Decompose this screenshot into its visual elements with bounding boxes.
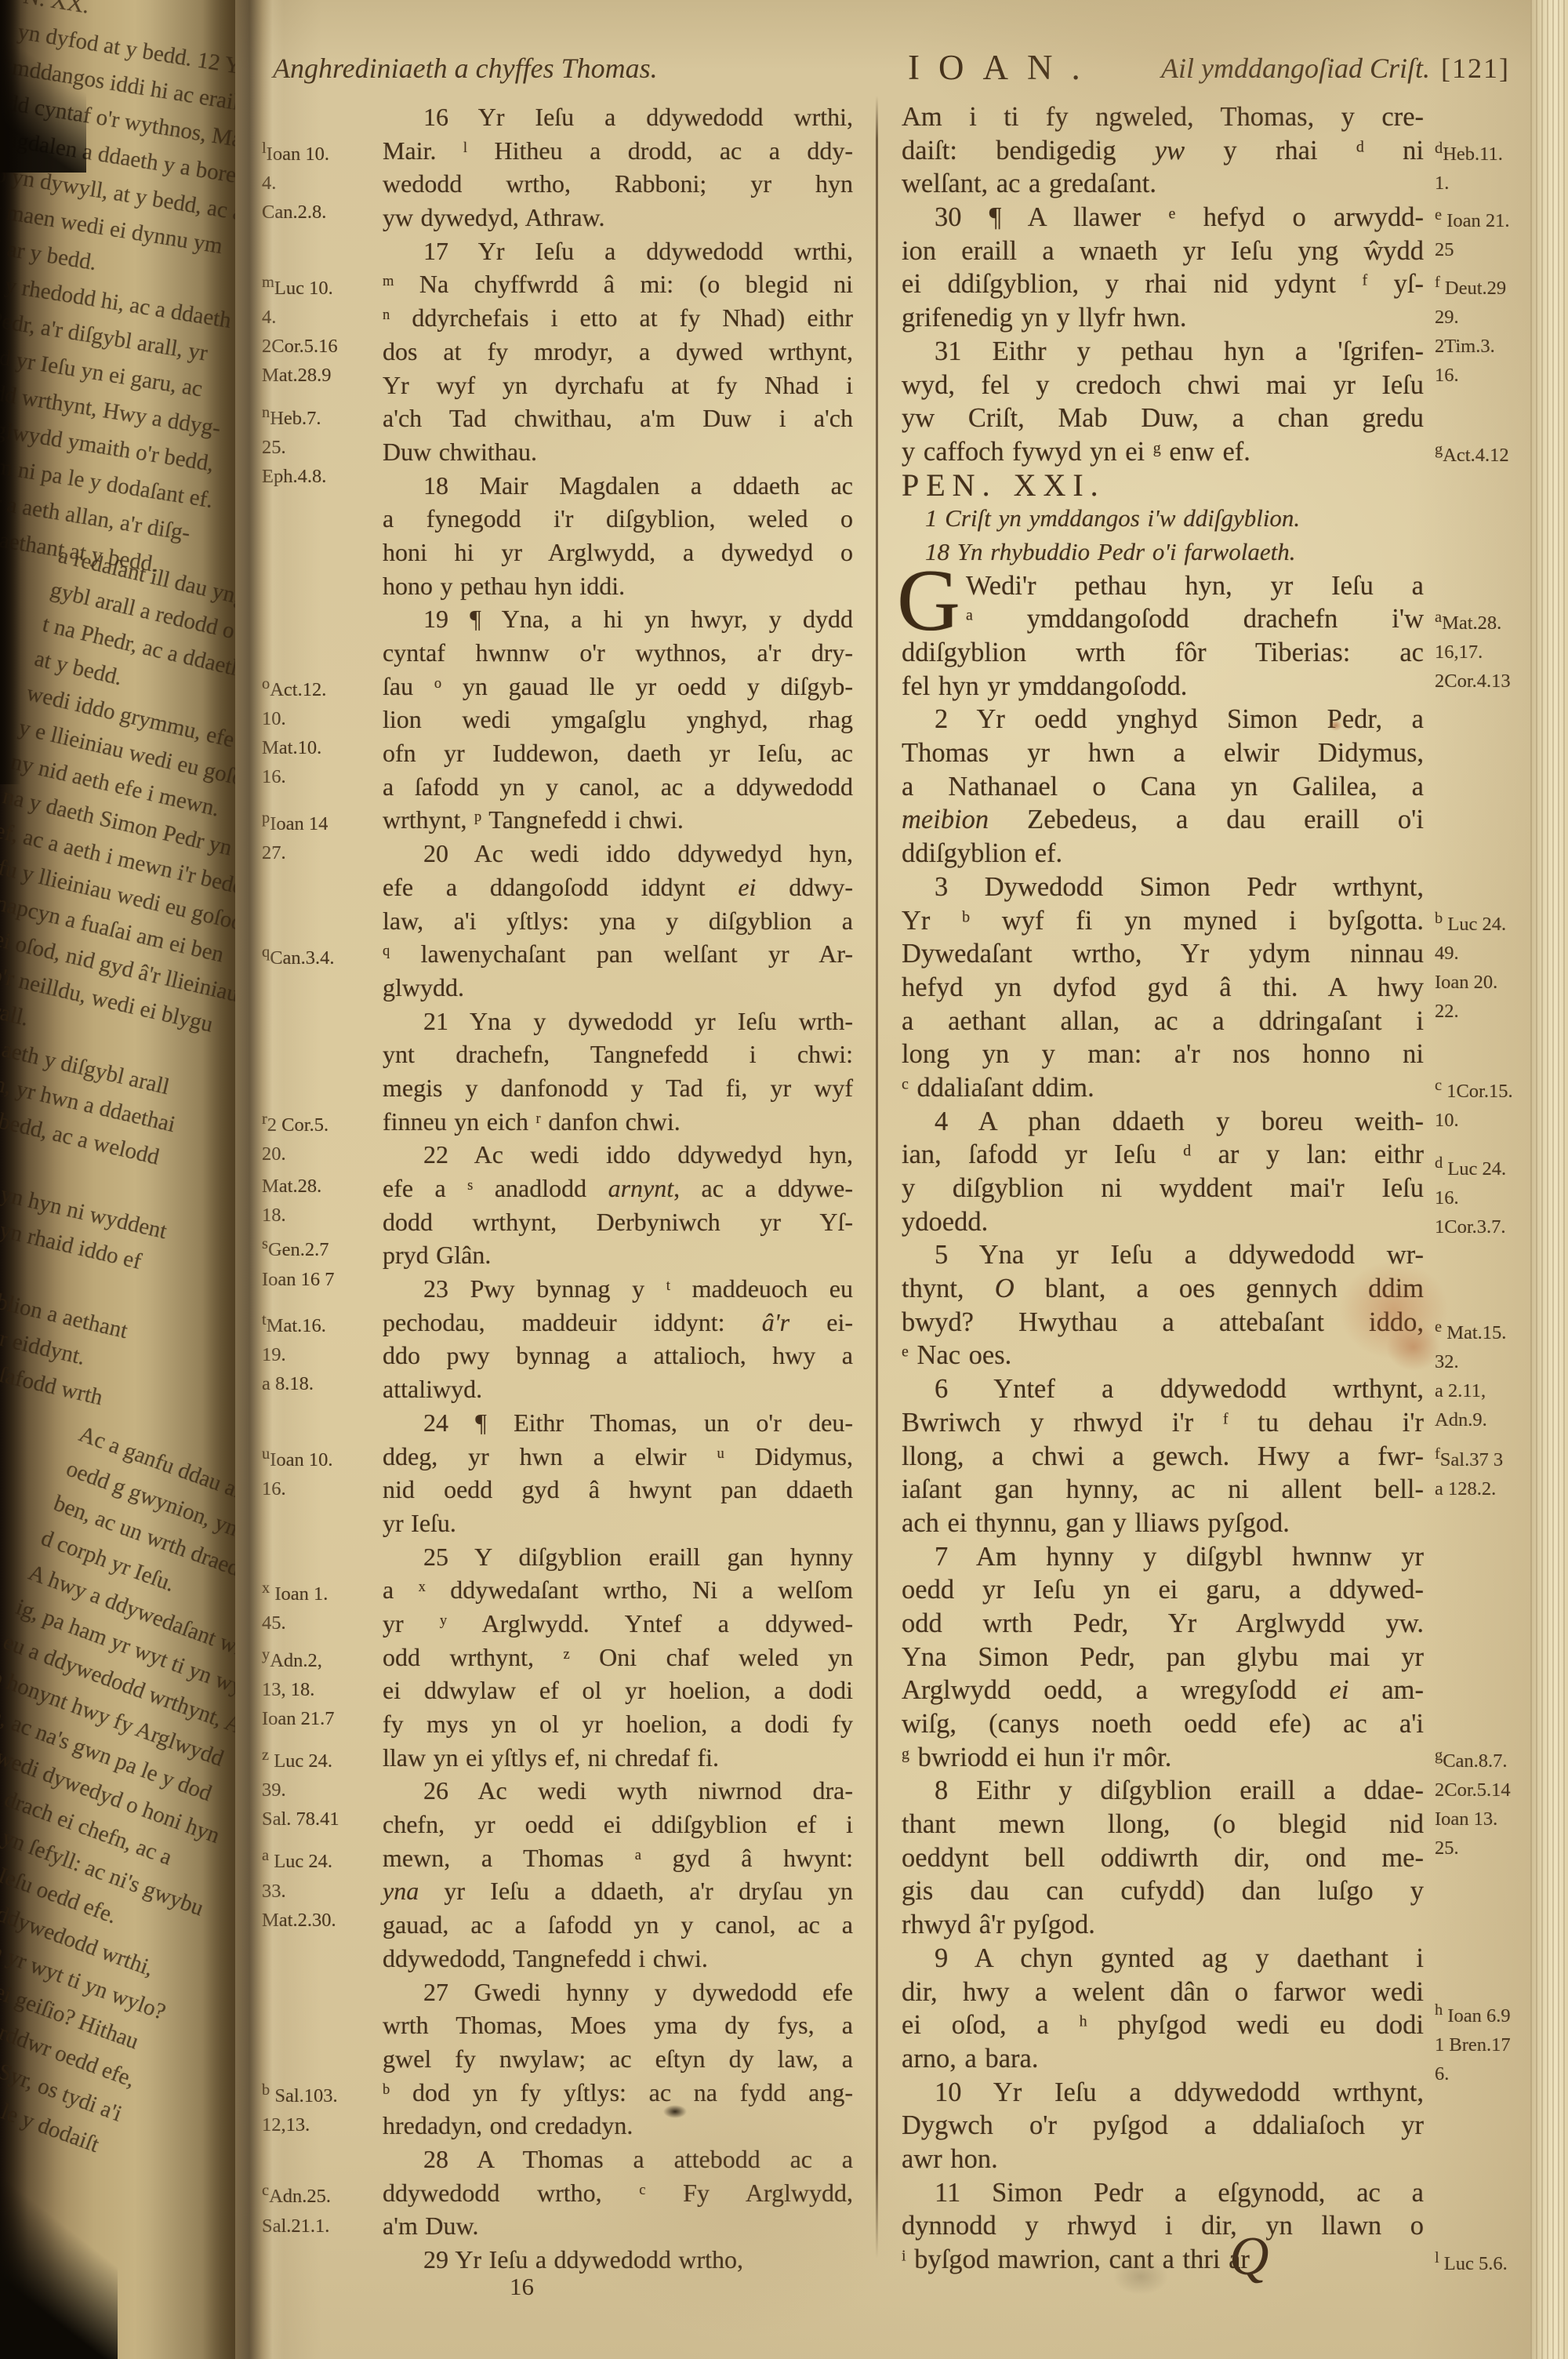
text-line: 10 Yr Ieſu a ddywedodd wrthynt, [902,2076,1424,2110]
margin-note-line: a Luc 24. [262,1841,381,1876]
margin-note-line: 4. [262,303,381,332]
text-line: y diſgyblion ni wyddent mai'r Ieſu [902,1172,1424,1205]
text-line: iaſant gan hynny, ac ni allent bell- [902,1473,1424,1507]
margin-note-line: 45. [262,1608,381,1637]
text-line: 2 Yr oedd ynghyd Simon Pedr, a [902,703,1424,736]
text-line: 20 Ac wedi iddo ddywedyd hyn, [383,837,853,871]
margin-note-line: Eph.4.8. [262,462,381,491]
margin-note: c 1Cor.15.10. [1435,1071,1563,1135]
text-line: Am i ti fy ngweled, Thomas, y cre- [902,100,1424,134]
margin-note-line: l Luc 5.6. [1435,2244,1563,2278]
margin-note: cAdn.25.Sal.21.1. [262,2176,381,2240]
margin-note-line: sGen.2.7 [262,1230,381,1264]
header-left-title: Anghrediniaeth a chyffes Thomas. [273,52,658,85]
margin-note-line: f Deut.29 [1435,268,1563,303]
text-line: a'm Duw. [383,2209,853,2243]
margin-note-line: c 1Cor.15. [1435,1071,1563,1106]
text-line: gwel fy nwylaw; ac eſtyn dy law, a [383,2042,853,2076]
text-line: 1 Criſt yn ymddangos i'w ddiſgyblion. [902,502,1424,536]
text-line: wyd, fel y credoch chwi mai yr Ieſu [902,369,1424,402]
text-line: fy mys yn ol yr hoelion, a dodi fy [383,1707,853,1741]
text-line: Dywedaſant wrtho, Yr ydym ninnau [902,937,1424,971]
margin-note-line: 2Cor.5.16 [262,332,381,361]
text-line: a Nathanael o Cana yn Galilea, a [902,770,1424,804]
text-line: Duw chwithau. [383,435,853,469]
text-line: a ſafodd yn y canol, ac a ddywedodd [383,770,853,804]
margin-note-line: r2 Cor.5. [262,1105,381,1140]
drop-cap: G [897,563,960,638]
margin-note-line: b Sal.103. [262,2076,381,2110]
margin-note-line: a 2.11, [1435,1376,1563,1405]
margin-note-line: Can.2.8. [262,198,381,227]
text-line: ydoedd. [902,1205,1424,1239]
text-line: ddywedodd wrtho, c Fy Arglwydd, [383,2176,853,2210]
margin-note: x Ioan 1.45. [262,1574,381,1637]
margin-note-line: Mat.28. [262,1172,381,1201]
text-line: 17 Yr Ieſu a ddywedodd wrthi, [383,234,853,268]
margin-note-line: gCan.8.7. [1435,1741,1563,1776]
text-line: 22 Ac wedi iddo ddywedyd hyn, [383,1138,853,1172]
text-line: dos at fy mrodyr, a dywed wrthynt, [383,335,853,369]
text-line: 25 Y diſgyblion eraill gan hynny [383,1540,853,1574]
margin-note-line: e Mat.15. [1435,1313,1563,1347]
margin-note-line: 18. [262,1201,381,1230]
margin-note-line: e Ioan 21. [1435,201,1563,235]
text-line: Yna Simon Pedr, pan glybu mai yr [902,1641,1424,1674]
text-line: yw dywedyd, Athraw. [383,201,853,234]
margin-note: e Ioan 21.25 [1435,201,1563,264]
margin-note: qCan.3.4. [262,938,381,972]
text-line: yr Ieſu. [383,1507,853,1540]
margin-note: pIoan 1427. [262,804,381,867]
margin-note-line: 25. [1435,1834,1563,1863]
text-line: wrthynt, p Tangnefedd i chwi. [383,803,853,837]
text-line: attaliwyd. [383,1372,853,1406]
running-header: Anghrediniaeth a chyffes Thomas. IOAN. A… [235,45,1568,100]
text-line: 5 Yna yr Ieſu a ddywedodd wr- [902,1238,1424,1272]
margin-note: tMat.16.19.a 8.18. [262,1306,381,1398]
text-line: long yn y man: a'r nos honno ni [902,1038,1424,1071]
text-line: 6 Yntef a ddywedodd wrthynt, [902,1372,1424,1406]
header-right-text: Ail ymddangoſiad Criſt. [1161,53,1430,84]
text-line: Yr wyf yn dyrchafu at fy Nhad i [383,369,853,402]
margin-note-line: qCan.3.4. [262,938,381,972]
margin-note-line: Adn.9. [1435,1405,1563,1434]
text-line: 31 Eithr y pethau hyn a 'ſgrifen- [902,335,1424,369]
text-line: daiſt: bendigedig yw y rhai d ni [902,134,1424,168]
margin-note-line: yAdn.2, [262,1641,381,1675]
text-line: dodd wrthynt, Derbyniwch yr Yſ- [383,1205,853,1239]
text-line: llong, a chwi a gewch. Hwy a fwr- [902,1440,1424,1474]
text-line: welſant, ac a gredaſant. [902,167,1424,201]
text-line: yna yr Ieſu a ddaeth, a'r dryſau yn [383,1874,853,1908]
text-line: Arglwydd oedd, a wregyſodd ei am- [902,1674,1424,1707]
text-line: 21 Yna y dywedodd yr Ieſu wrth- [383,1005,853,1038]
text-line: 11 Simon Pedr a eſgynodd, ac a [902,2176,1424,2210]
text-line: a'ch Tad chwithau, a'm Duw i a'ch [383,402,853,435]
text-line: Thomas yr hwn a elwir Didymus, [902,736,1424,770]
text-line: 19 ¶ Yna, a hi yn hwyr, y dydd [383,602,853,636]
text-line: wiſg, (canys noeth oedd efe) ac a'i [902,1707,1424,1741]
margin-note-line: 39. [262,1776,381,1805]
margin-note-line: 25. [262,433,381,462]
margin-note-line: 16. [262,762,381,791]
margin-note: gCan.8.7.2Cor.5.14Ioan 13.25. [1435,1741,1563,1863]
text-line: cyntaf hwnnw o'r wythnos, a'r dry- [383,636,853,670]
text-line: y caffoch fywyd yn ei g enw ef. [902,435,1424,469]
margin-note: uIoan 10.16. [262,1440,381,1503]
margin-note-line: 4. [262,169,381,198]
margin-note: e Mat.15.32.a 2.11,Adn.9. [1435,1313,1563,1434]
text-line: grifenedig yn y llyfr hwn. [902,301,1424,335]
margin-note-line: Ioan 21.7 [262,1704,381,1733]
text-line: efe a s anadlodd arnynt, ac a ddywe- [383,1172,853,1205]
text-line: gis dau can cufydd) dan luſgo y [902,1874,1424,1908]
margin-note-line: aMat.28. [1435,603,1563,638]
margin-note: a Luc 24.33.Mat.2.30. [262,1841,381,1934]
text-line: 30 ¶ A llawer e hefyd o arwydd- [902,201,1424,234]
margin-note-line: lIoan 10. [262,134,381,169]
margin-note: d Luc 24.16.1Cor.3.7. [1435,1149,1563,1241]
text-line: 9 A chyn gynted ag y daethant i [902,1942,1424,1976]
text-line: 3 Dywedodd Simon Pedr wrthynt, [902,871,1424,904]
text-line: Dygwch o'r pyſgod a ddaliaſoch yr [902,2109,1424,2143]
text-line: megis y danfonodd y Tad fi, yr wyf [383,1071,853,1105]
margin-note-line: x Ioan 1. [262,1574,381,1608]
text-line: dir, hwy a welent dân o farwor wedi [902,1976,1424,2009]
margin-note-line: 2Tim.3. [1435,332,1563,361]
margin-note-line: 20. [262,1140,381,1169]
text-line: finneu yn eich r danfon chwi. [383,1105,853,1139]
text-line: hono y pethau hyn iddi. [383,569,853,603]
margin-note-line: cAdn.25. [262,2176,381,2211]
margin-note-line: Mat.2.30. [262,1906,381,1935]
margin-note: mLuc 10.4.2Cor.5.16Mat.28.9 [262,268,381,390]
margin-note-line: Sal.21.1. [262,2212,381,2241]
text-line: efe a ddangoſodd iddynt ei ddwy- [383,871,853,904]
page-curl-shadow [0,0,259,2359]
text-line: Wedi'r pethau hyn, yr Ieſu a [902,569,1424,603]
text-line: awr hon. [902,2143,1424,2176]
bible-page-121: Anghrediniaeth a chyffes Thomas. IOAN. A… [235,0,1568,2359]
margin-note-line: 27. [262,838,381,867]
margin-note: dHeb.11.1. [1435,134,1563,198]
margin-note-line: 1 Bren.17 [1435,2030,1563,2059]
margin-note-line: Mat.28.9 [262,361,381,390]
margin-note: gAct.4.12 [1435,435,1563,470]
margin-note: yAdn.2,13, 18.Ioan 21.7 [262,1641,381,1733]
text-line: b dod yn fy yſtlys: ac na fydd ang- [383,2076,853,2110]
margin-note-line: pIoan 14 [262,804,381,838]
text-line: ddywedodd, Tangnefedd i chwi. [383,1942,853,1976]
margin-note-line: 19. [262,1340,381,1369]
text-line: ion eraill a wnaeth yr Ieſu yng ŵydd [902,234,1424,268]
margin-note-line: gAct.4.12 [1435,435,1563,470]
margin-note: oAct.12.10.Mat.10.16. [262,670,381,791]
text-line: a x ddywedaſant wrtho, Ni a welſom [383,1573,853,1607]
text-line: thynt, O blant, a oes gennych ddim [902,1272,1424,1306]
margin-note-line: 13, 18. [262,1675,381,1704]
column-rule [876,96,878,2259]
text-line: law, a'i yſtlys: yna y diſgyblion a [383,904,853,938]
margin-note: b Luc 24.49.Ioan 20.22. [1435,904,1563,1026]
margin-note-line: 16. [262,1474,381,1503]
margin-note-line: mLuc 10. [262,268,381,303]
text-line: 8 Eithr y diſgyblion eraill a ddae- [902,1774,1424,1808]
text-line: 18 Mair Magdalen a ddaeth ac [383,469,853,503]
text-line: 18 Yn rhybuddio Pedr o'i farwolaeth. [902,536,1424,569]
text-line: ddeg, yr hwn a elwir u Didymus, [383,1440,853,1474]
text-line: dynnodd y rhwyd i dir, yn llawn o [902,2209,1424,2243]
margin-note-line: Sal. 78.41 [262,1805,381,1834]
text-line: Mair. l Hitheu a drodd, ac a ddy- [383,134,853,168]
header-book-title: IOAN. [908,47,1099,88]
margin-note-line: z Luc 24. [262,1741,381,1776]
text-line: glwydd. [383,971,853,1005]
margin-note-line: 2Cor.4.13 [1435,667,1563,696]
text-line: arno, a bara. [902,2042,1424,2076]
text-line: e Nac oes. [902,1339,1424,1372]
margin-note: fSal.37 3a 128.2. [1435,1440,1563,1503]
margin-note-line: 33. [262,1877,381,1906]
text-line: a fynegodd i'r diſgyblion, weled o [383,502,853,536]
margin-note-line: 25 [1435,235,1563,264]
catchword-signature: Q [1229,2226,1269,2288]
text-line: llaw yn ei yſtlys ef, ni chredaf fi. [383,1741,853,1775]
margin-note-line: Mat.10. [262,733,381,762]
text-line: nid oedd gyd â hwynt pan ddaeth [383,1473,853,1507]
margin-note-line: 16. [1435,1183,1563,1212]
text-line: ei ddwylaw ef ol yr hoelion, a dodi [383,1674,853,1707]
margin-note-line: oAct.12. [262,670,381,704]
margin-note: h Ioan 6.91 Bren.176. [1435,1996,1563,2088]
margin-note-line: 29. [1435,303,1563,332]
text-line: ian, ſafodd yr Ieſu d ar y lan: eithr [902,1138,1424,1172]
text-line: ddo pwy bynnag a attalioch, hwy a [383,1339,853,1372]
text-line: ei oſod, a h phyſgod wedi eu dodi [902,2008,1424,2042]
text-line: pryd Glân. [383,1238,853,1272]
text-line: Yr b wyf fi yn myned i byſgotta. [902,904,1424,938]
text-line: lion wedi ymgaſglu ynghyd, rhag [383,703,853,736]
text-line: thant mewn llong, (o blegid nid [902,1808,1424,1841]
margin-note: aMat.28.16,17.2Cor.4.13 [1435,603,1563,696]
margin-note-line: 6. [1435,2059,1563,2088]
margin-note-line: 16. [1435,361,1563,390]
margin-note: nHeb.7.25.Eph.4.8. [262,398,381,491]
margin-note-line: 1. [1435,169,1563,198]
text-line: ddiſgyblion ef. [902,837,1424,871]
margin-note-line: fSal.37 3 [1435,1440,1563,1474]
margin-note-line: 49. [1435,939,1563,968]
margin-note-line: 16,17. [1435,638,1563,667]
text-line: 27 Gwedi hynny y dywedodd efe [383,1976,853,2009]
text-line: q lawenychaſant pan welſant yr Ar- [383,937,853,971]
left-text-column: 16 Yr Ieſu a ddywedodd wrthi,Mair. l Hit… [383,100,853,2277]
text-line: rhwyd â'r pyſgod. [902,1908,1424,1942]
margin-note-line: 10. [1435,1106,1563,1135]
margin-note: Mat.28.18.sGen.2.7Ioan 16 7 [262,1172,381,1293]
text-line: ynt drachefn, Tangnefedd i chwi: [383,1038,853,1071]
margin-note: b Sal.103.12,13. [262,2076,381,2139]
text-line: a aethant allan, ac a ddringaſant i [902,1005,1424,1038]
text-line: i byſgod mawrion, cant a thri ar [902,2243,1424,2277]
text-line: 24 ¶ Eithr Thomas, un o'r deu- [383,1406,853,1440]
text-line: 26 Ac wedi wyth niwrnod dra- [383,1774,853,1808]
text-line: n ddyrchefais i etto at fy Nhad) eithr [383,301,853,335]
previous-page-edge: N. XX.yn dyfod at y bedd. 12 Yr Ieſumdda… [0,0,259,2359]
margin-note-line: Ioan 13. [1435,1805,1563,1834]
text-line: meibion Zebedeus, a dau eraill o'i [902,803,1424,837]
book-photo: N. XX.yn dyfod at y bedd. 12 Yr Ieſumdda… [0,0,1568,2359]
text-line: hredadyn, ond credadyn. [383,2109,853,2143]
text-line: wedodd wrtho, Rabboni; yr hyn [383,167,853,201]
margin-note-line: 2Cor.5.14 [1435,1776,1563,1805]
margin-note-line: dHeb.11. [1435,134,1563,169]
text-line: 29 Yr Ieſu a ddywedodd wrtho, [383,2243,853,2277]
margin-note-line: d Luc 24. [1435,1149,1563,1183]
header-right-title: Ail ymddangoſiad Criſt.[121] [1161,52,1510,85]
margin-note-line: 22. [1435,997,1563,1026]
text-line: gauad, ac a ſafodd yn y canol, ac a [383,1908,853,1942]
margin-note: r2 Cor.5.20. [262,1105,381,1169]
margin-note-line: tMat.16. [262,1306,381,1340]
text-line: ddiſgyblion wrth fôr Tiberias: ac [902,636,1424,670]
text-line: ſau o yn gauad lle yr oedd y diſgyb- [383,670,853,703]
text-line: yw Criſt, Mab Duw, a chan gredu [902,402,1424,435]
text-line: pechodau, maddeuir iddynt: â'r ei- [383,1306,853,1339]
margin-note-line: a 8.18. [262,1369,381,1398]
text-line: bwyd? Hwythau a attebaſant iddo, [902,1306,1424,1339]
text-line: c ddaliaſant ddim. [902,1071,1424,1105]
text-line: hefyd yn dyfod gyd â thi. A hwy [902,971,1424,1005]
text-line: wrth Thomas, Moes yma dy fys, a [383,2008,853,2042]
margin-note-line: Ioan 16 7 [262,1265,381,1294]
margin-note-line: 10. [262,704,381,733]
text-line: 23 Pwy bynnag y t maddeuoch eu [383,1272,853,1306]
margin-note-line: uIoan 10. [262,1440,381,1474]
text-line: mewn, a Thomas a gyd â hwynt: [383,1841,853,1875]
margin-note-line: h Ioan 6.9 [1435,1996,1563,2030]
text-line: g bwriodd ei hun i'r môr. [902,1741,1424,1775]
text-line: 28 A Thomas a attebodd ac a [383,2143,853,2176]
margin-note-line: b Luc 24. [1435,904,1563,939]
margin-note-line: nHeb.7. [262,398,381,433]
text-line: yr y Arglwydd. Yntef a ddywed- [383,1607,853,1641]
margin-note: f Deut.2929.2Tim.3.16. [1435,268,1563,390]
text-line: Bwriwch y rhwyd i'r f tu dehau i'r [902,1406,1424,1440]
text-line: ofn yr Iuddewon, daeth yr Ieſu, ac [383,736,853,770]
margin-note: l Luc 5.6. [1435,2244,1563,2278]
page-number: [121] [1441,53,1510,84]
text-line: oeddynt bell oddiwrth dir, ond me- [902,1841,1424,1875]
text-line: ei ddiſgyblion, y rhai nid ydynt f yſ- [902,267,1424,301]
margin-note-line: 12,13. [262,2110,381,2139]
text-line: a ymddangoſodd drachefn i'w [902,602,1424,636]
margin-note-line: Ioan 20. [1435,968,1563,997]
margin-note: lIoan 10.4.Can.2.8. [262,134,381,227]
margin-note-line: 32. [1435,1347,1563,1376]
text-line: chefn, yr oedd ei ddiſgyblion ef i [383,1808,853,1841]
signature-mark: 16 [510,2273,534,2301]
text-line: ach ei thynnu, gan y lliaws pyſgod. [902,1507,1424,1540]
text-line: 16 Yr Ieſu a ddywedodd wrthi, [383,100,853,134]
text-line: PEN. XXI. [902,469,1424,503]
margin-note-line: a 128.2. [1435,1474,1563,1503]
right-text-column: Am i ti fy ngweled, Thomas, y cre-daiſt:… [902,100,1424,2277]
margin-note: z Luc 24.39.Sal. 78.41 [262,1741,381,1834]
text-line: oedd yr Ieſu yn ei garu, a ddywed- [902,1573,1424,1607]
text-line: odd wrthynt, z Oni chaf weled yn [383,1641,853,1674]
text-line: 7 Am hynny y diſgybl hwnnw yr [902,1540,1424,1574]
text-line: 4 A phan ddaeth y boreu weith- [902,1105,1424,1139]
text-line: honi hi yr Arglwydd, a dywedyd o [383,536,853,569]
text-line: m Na chyffwrdd â mi: (o blegid ni [383,267,853,301]
margin-note-line: 1Cor.3.7. [1435,1212,1563,1241]
text-line: odd wrth Pedr, Yr Arglwydd yw. [902,1607,1424,1641]
text-line: fel hyn yr ymddangoſodd. [902,670,1424,703]
